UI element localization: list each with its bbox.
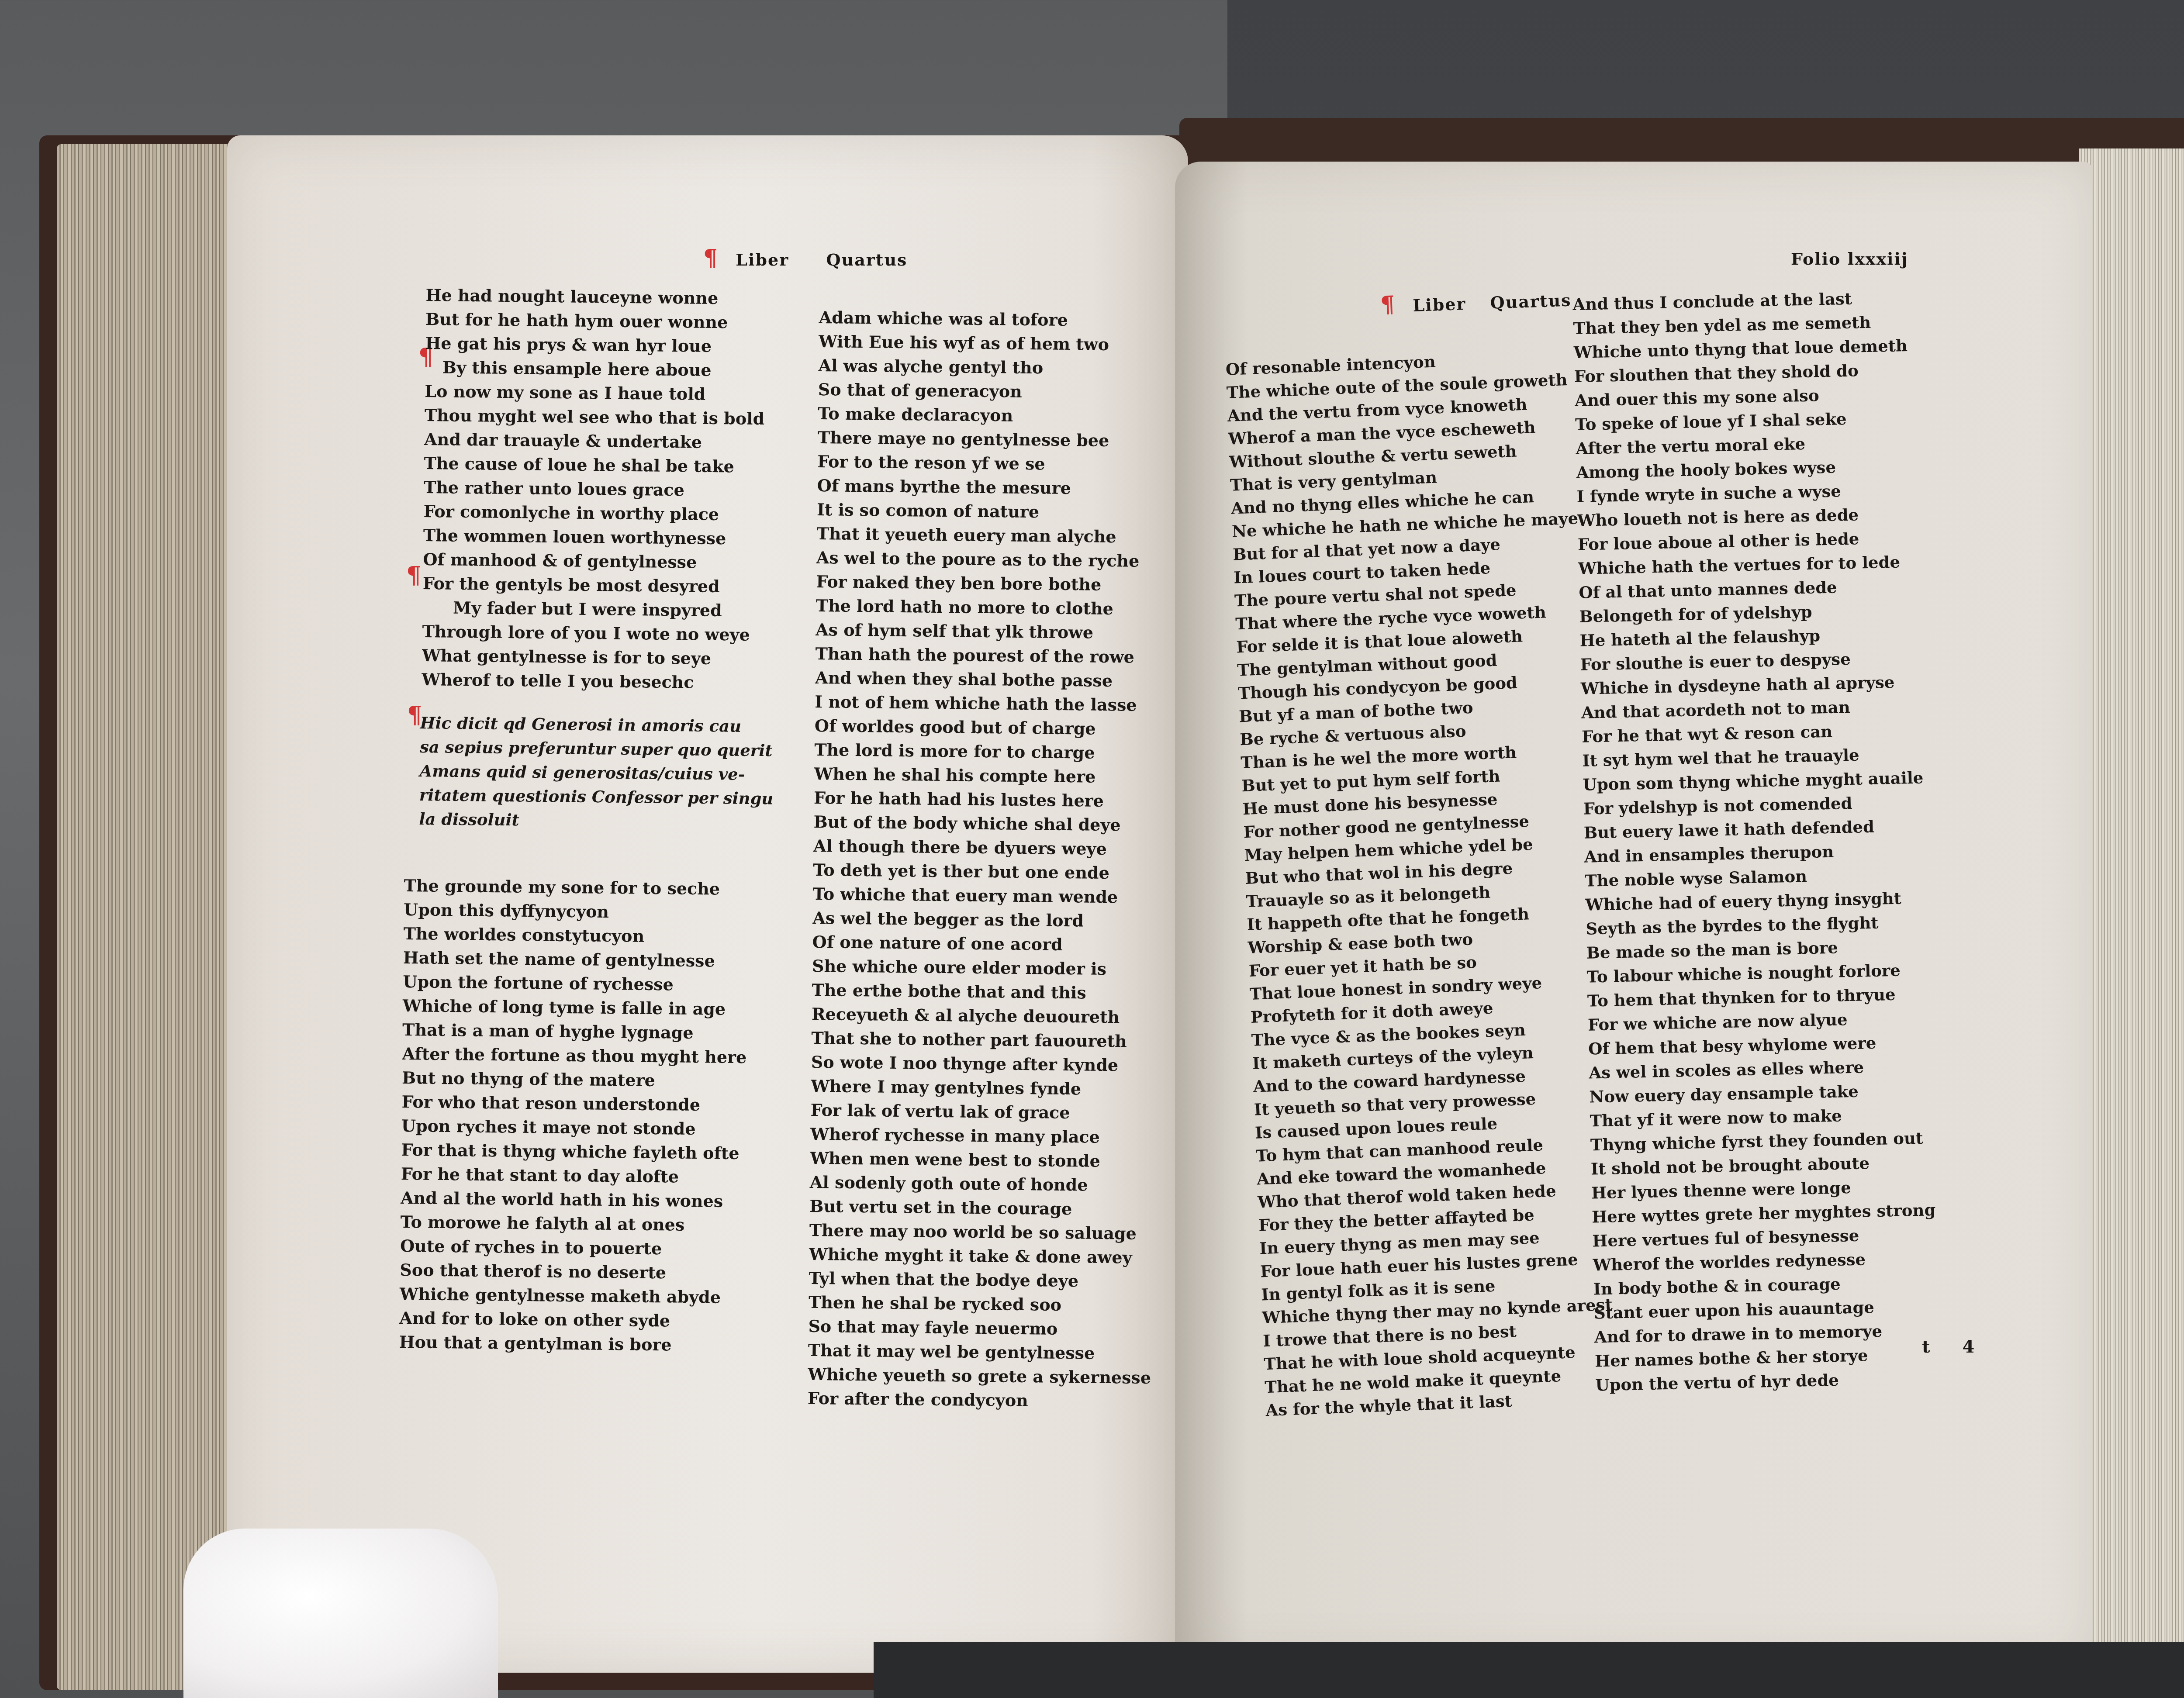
stand-shadow — [874, 1642, 2184, 1698]
verse-line: For after the condycyon — [808, 1387, 1151, 1414]
verse-line: But of the body whiche shal deye — [813, 810, 1157, 838]
verse-line: Al was alyche gentyl tho — [818, 354, 1161, 381]
verse-line: As wel the begger as the lord — [812, 906, 1156, 934]
verse-line: Al sodenly goth oute of honde — [810, 1170, 1153, 1198]
verse-line: To morowe he falyth al at ones — [400, 1210, 745, 1237]
verse-line: Receyueth & al alyche deuoureth — [812, 1002, 1155, 1030]
gloss-line: ritatem questionis Confessor per singu — [419, 783, 774, 811]
verse-line: Lo now my sone as I haue told — [425, 379, 765, 407]
folio-number: Folio lxxxiij — [1791, 249, 1908, 269]
running-head-label: Liber — [736, 250, 789, 269]
right-col2-verse: And thus I conclude at the last That the… — [1572, 286, 1939, 1398]
verse-line: That is a man of hyghe lygnage — [402, 1018, 747, 1045]
verse-line: But no thyng of the matere — [402, 1066, 746, 1093]
verse-line: For comonlyche in worthy place — [423, 499, 764, 527]
verse-line: What gentylnesse is for to seye — [422, 643, 762, 671]
pilcrow-icon: ¶ — [703, 245, 719, 271]
verse-line: Whiche of long tyme is falle in age — [403, 994, 747, 1021]
verse-line: The lord hath no more to clothe — [816, 594, 1159, 621]
left-running-head: ¶ Liber Quartus — [703, 245, 907, 271]
verse-line: Thou myght wel see who that is bold — [425, 403, 765, 431]
verse-line: There maye no gentylnesse bee — [818, 426, 1161, 453]
verse-line: But vertu set in the courage — [809, 1194, 1153, 1222]
verse-line: Of manhood & of gentylnesse — [423, 547, 763, 575]
book-support-cushion — [183, 1529, 498, 1698]
verse-line: The erthe bothe that and this — [812, 978, 1155, 1006]
verse-line: He had nought lauceyne wonne — [425, 283, 766, 311]
verse-line: Whiche yeueth so grete a sykernesse — [808, 1363, 1151, 1390]
left-col1-verse-a: He had nought lauceyne wonne But for he … — [422, 283, 766, 695]
verse-line: There may noo world be so saluage — [809, 1218, 1153, 1246]
verse-line: That she to nother part fauoureth — [811, 1026, 1154, 1054]
running-head-title: Quartus — [1490, 290, 1572, 312]
verse-line: He gat his prys & wan hyr loue — [425, 331, 765, 359]
verse-line: But for he hath hym ouer wonne — [425, 307, 766, 335]
verse-line: Where I may gentylnes fynde — [811, 1074, 1154, 1102]
verse-line: It is so comon of nature — [817, 498, 1160, 525]
verse-line: To whiche that euery man wende — [813, 882, 1156, 910]
verse-line: The lord is more for to charge — [814, 738, 1158, 766]
verse-line: The rather unto loues grace — [424, 475, 764, 503]
verse-line: Oute of ryches in to pouerte — [400, 1234, 745, 1261]
verse-line: As wel to the poure as to the ryche — [816, 546, 1160, 573]
verse-line: Then he shal be rycked soo — [809, 1291, 1152, 1318]
left-col2-verse: Adam whiche was al tofore With Eue his w… — [808, 306, 1162, 1414]
verse-line: For that is thyng whiche fayleth ofte — [401, 1138, 746, 1165]
verse-line: And al the world hath in his wones — [401, 1186, 745, 1213]
verse-line: By this ensample here aboue — [425, 355, 765, 383]
verse-line: After the fortune as thou myght here — [402, 1042, 746, 1069]
verse-line: The grounde my sone for to seche — [404, 873, 748, 901]
verse-line: When men wene best to stonde — [810, 1146, 1153, 1174]
verse-line: Than hath the pourest of the rowe — [815, 642, 1158, 670]
verse-line: For he hath had his lustes here — [814, 786, 1157, 814]
verse-line: For lak of vertu lak of grace — [810, 1098, 1154, 1126]
gloss-line: Hic dicit qd Generosi in amoris cau — [420, 711, 774, 739]
page-edges-left — [57, 144, 240, 1690]
verse-line: Hath set the name of gentylnesse — [403, 946, 748, 973]
page-edges-right — [2079, 148, 2184, 1673]
verse-line: For the gentyls be most desyred — [423, 571, 763, 599]
verse-line: Al though there be dyuers weye — [813, 834, 1157, 862]
verse-line: For naked they ben bore bothe — [816, 570, 1159, 597]
verse-line: With Eue his wyf as of hem two — [819, 330, 1162, 357]
pilcrow-icon: ¶ — [1380, 291, 1396, 318]
verse-line: Whiche gentylnesse maketh abyde — [400, 1282, 744, 1309]
verse-line: For to the reson yf we se — [817, 450, 1161, 477]
verse-line: So that of generacyon — [818, 378, 1161, 405]
verse-line: For he that stant to day alofte — [401, 1162, 746, 1189]
signature-mark: t 4 — [1922, 1336, 1987, 1357]
verse-line: Adam whiche was al tofore — [819, 306, 1162, 333]
left-col1-verse-b: The grounde my sone for to seche Upon th… — [399, 873, 748, 1357]
running-head-title: Quartus — [826, 250, 907, 269]
verse-line: The cause of loue he shal be take — [424, 451, 764, 479]
verse-line: That it may wel be gentylnesse — [808, 1339, 1151, 1366]
verse-line: Whiche myght it take & done awey — [809, 1242, 1152, 1270]
verse-line: Upon the fortune of rychesse — [403, 970, 747, 997]
verse-line: The worldes constytucyon — [403, 921, 748, 949]
running-head-label: Liber — [1413, 294, 1466, 315]
verse-line: The wommen louen worthynesse — [423, 523, 764, 551]
verse-line: Wherof to telle I you besechc — [422, 667, 762, 695]
verse-line: And dar trauayle & undertake — [424, 427, 764, 455]
verse-line: She whiche oure elder moder is — [812, 954, 1155, 982]
verse-line: Tyl when that the bodye deye — [809, 1267, 1152, 1294]
verse-line: That it yeueth euery man alyche — [816, 522, 1160, 549]
verse-line: Wherof rychesse in many place — [810, 1122, 1154, 1150]
verse-line: Of one nature of one acord — [812, 930, 1155, 958]
verse-line: So wote I noo thynge after kynde — [811, 1050, 1154, 1078]
verse-line: To deth yet is ther but one ende — [813, 858, 1156, 886]
gloss-line: Amans quid si generositas/cuius ve- — [419, 759, 774, 787]
verse-line: For who that reson understonde — [401, 1090, 746, 1117]
latin-gloss: Hic dicit qd Generosi in amoris cau sa s… — [419, 711, 774, 835]
verse-line: And when they shal bothe passe — [815, 666, 1158, 694]
gloss-line: sa sepius preferuntur super quo querit — [420, 735, 774, 763]
verse-line: When he shal his compte here — [814, 762, 1157, 790]
verse-line: My fader but I were inspyred — [422, 595, 763, 623]
verse-line: Through lore of you I wote no weye — [422, 619, 762, 647]
verse-line: Of mans byrthe the mesure — [817, 474, 1160, 501]
gloss-line: la dissoluit — [419, 807, 773, 835]
verse-line: Of worldes good but of charge — [815, 714, 1158, 742]
verse-line: I not of hem whiche hath the lasse — [815, 690, 1158, 718]
verse-line: Upon this dyffynycyon — [404, 897, 748, 925]
verse-line: Upon ryches it maye not stonde — [401, 1114, 746, 1141]
verse-line: To make declaracyon — [818, 402, 1161, 429]
paragraph-mark-icon: ¶ — [406, 561, 421, 589]
right-col1-verse: Of resonable intencyon The whiche oute o… — [1225, 345, 1617, 1422]
verse-line: Soo that therof is no deserte — [400, 1258, 744, 1285]
verse-line: As of hym self that ylk throwe — [816, 618, 1159, 645]
verse-line: Hou that a gentylman is bore — [399, 1330, 743, 1357]
verse-line: So that may fayle neuermo — [808, 1315, 1151, 1342]
verse-line: And for to loke on other syde — [399, 1306, 744, 1333]
